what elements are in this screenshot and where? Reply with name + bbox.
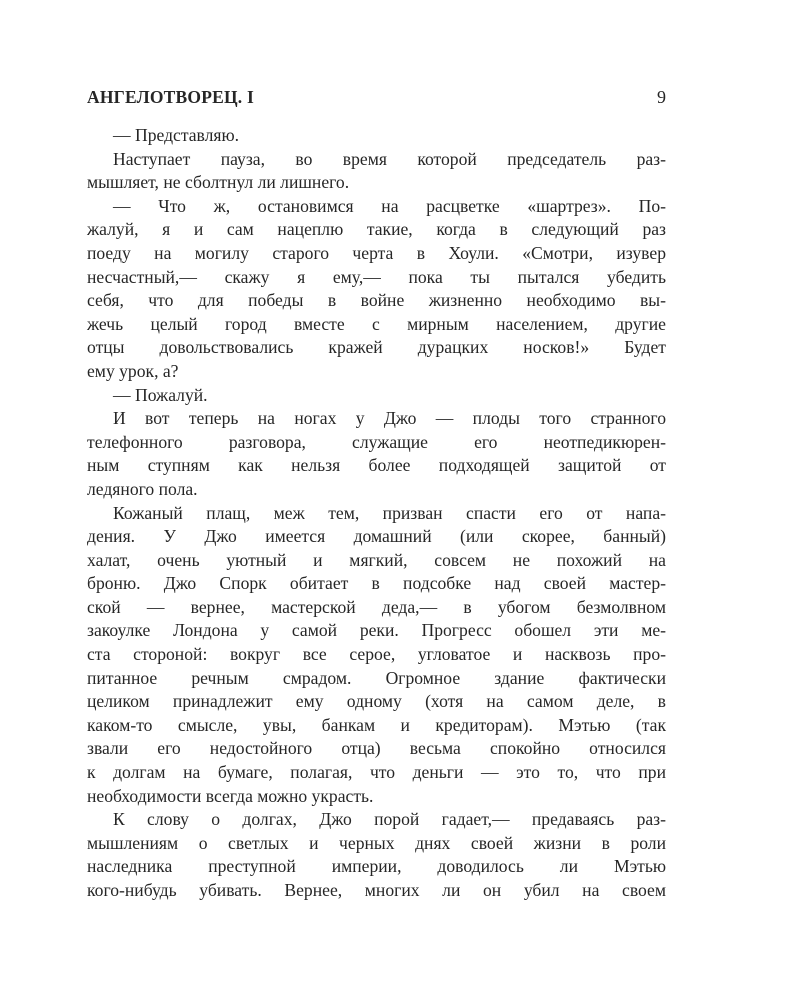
text-line: к долгам на бумаге, полагая, что деньги … <box>87 761 666 785</box>
text-line: — Представляю. <box>87 124 666 148</box>
text-line: поеду на могилу старого черта в Хоули. «… <box>87 242 666 266</box>
page-number: 9 <box>657 84 666 110</box>
text-line: целиком принадлежит ему одному (хотя на … <box>87 690 666 714</box>
book-page: АНГЕЛОТВОРЕЦ. I 9 — Представляю.Наступае… <box>87 84 666 903</box>
text-line: кого-нибудь убивать. Вернее, многих ли о… <box>87 879 666 903</box>
text-line: Кожаный плащ, меж тем, призван спасти ег… <box>87 502 666 526</box>
text-line: мышлениям о светлых и черных днях своей … <box>87 832 666 856</box>
text-line: дения. У Джо имеется домашний (или скоре… <box>87 525 666 549</box>
text-line: — Что ж, остановимся на расцветке «шартр… <box>87 195 666 219</box>
text-line: несчастный,— скажу я ему,— пока ты пытал… <box>87 266 666 290</box>
text-line: отцы довольствовались кражей дурацких но… <box>87 336 666 360</box>
text-line: жечь целый город вместе с мирным населен… <box>87 313 666 337</box>
text-line: броню. Джо Спорк обитает в подсобке над … <box>87 572 666 596</box>
body-text: — Представляю.Наступает пауза, во время … <box>87 124 666 903</box>
text-line: ста стороной: вокруг все серое, угловато… <box>87 643 666 667</box>
text-line: ледяного пола. <box>87 478 666 502</box>
text-line: мышляет, не сболтнул ли лишнего. <box>87 171 666 195</box>
text-line: халат, очень уютный и мягкий, совсем не … <box>87 549 666 573</box>
text-line: закоулке Лондона у самой реки. Прогресс … <box>87 619 666 643</box>
text-line: необходимости всегда можно украсть. <box>87 785 666 809</box>
text-line: ему урок, а? <box>87 360 666 384</box>
text-line: ской — вернее, мастерской деда,— в убого… <box>87 596 666 620</box>
text-line: Наступает пауза, во время которой предсе… <box>87 148 666 172</box>
text-line: К слову о долгах, Джо порой гадает,— пре… <box>87 808 666 832</box>
text-line: телефонного разговора, служащие его неот… <box>87 431 666 455</box>
text-line: себя, что для победы в войне жизненно не… <box>87 289 666 313</box>
text-line: каком-то смысле, увы, банкам и кредитора… <box>87 714 666 738</box>
running-head: АНГЕЛОТВОРЕЦ. I 9 <box>87 84 666 110</box>
text-line: жалуй, я и сам нацеплю такие, когда в сл… <box>87 218 666 242</box>
running-title: АНГЕЛОТВОРЕЦ. I <box>87 84 254 110</box>
text-line: звали его недостойного отца) весьма спок… <box>87 737 666 761</box>
text-line: И вот теперь на ногах у Джо — плоды того… <box>87 407 666 431</box>
text-line: питанное речным смрадом. Огромное здание… <box>87 667 666 691</box>
text-line: наследника преступной империи, доводилос… <box>87 855 666 879</box>
text-line: — Пожалуй. <box>87 384 666 408</box>
text-line: ным ступням как нельзя более подходящей … <box>87 454 666 478</box>
